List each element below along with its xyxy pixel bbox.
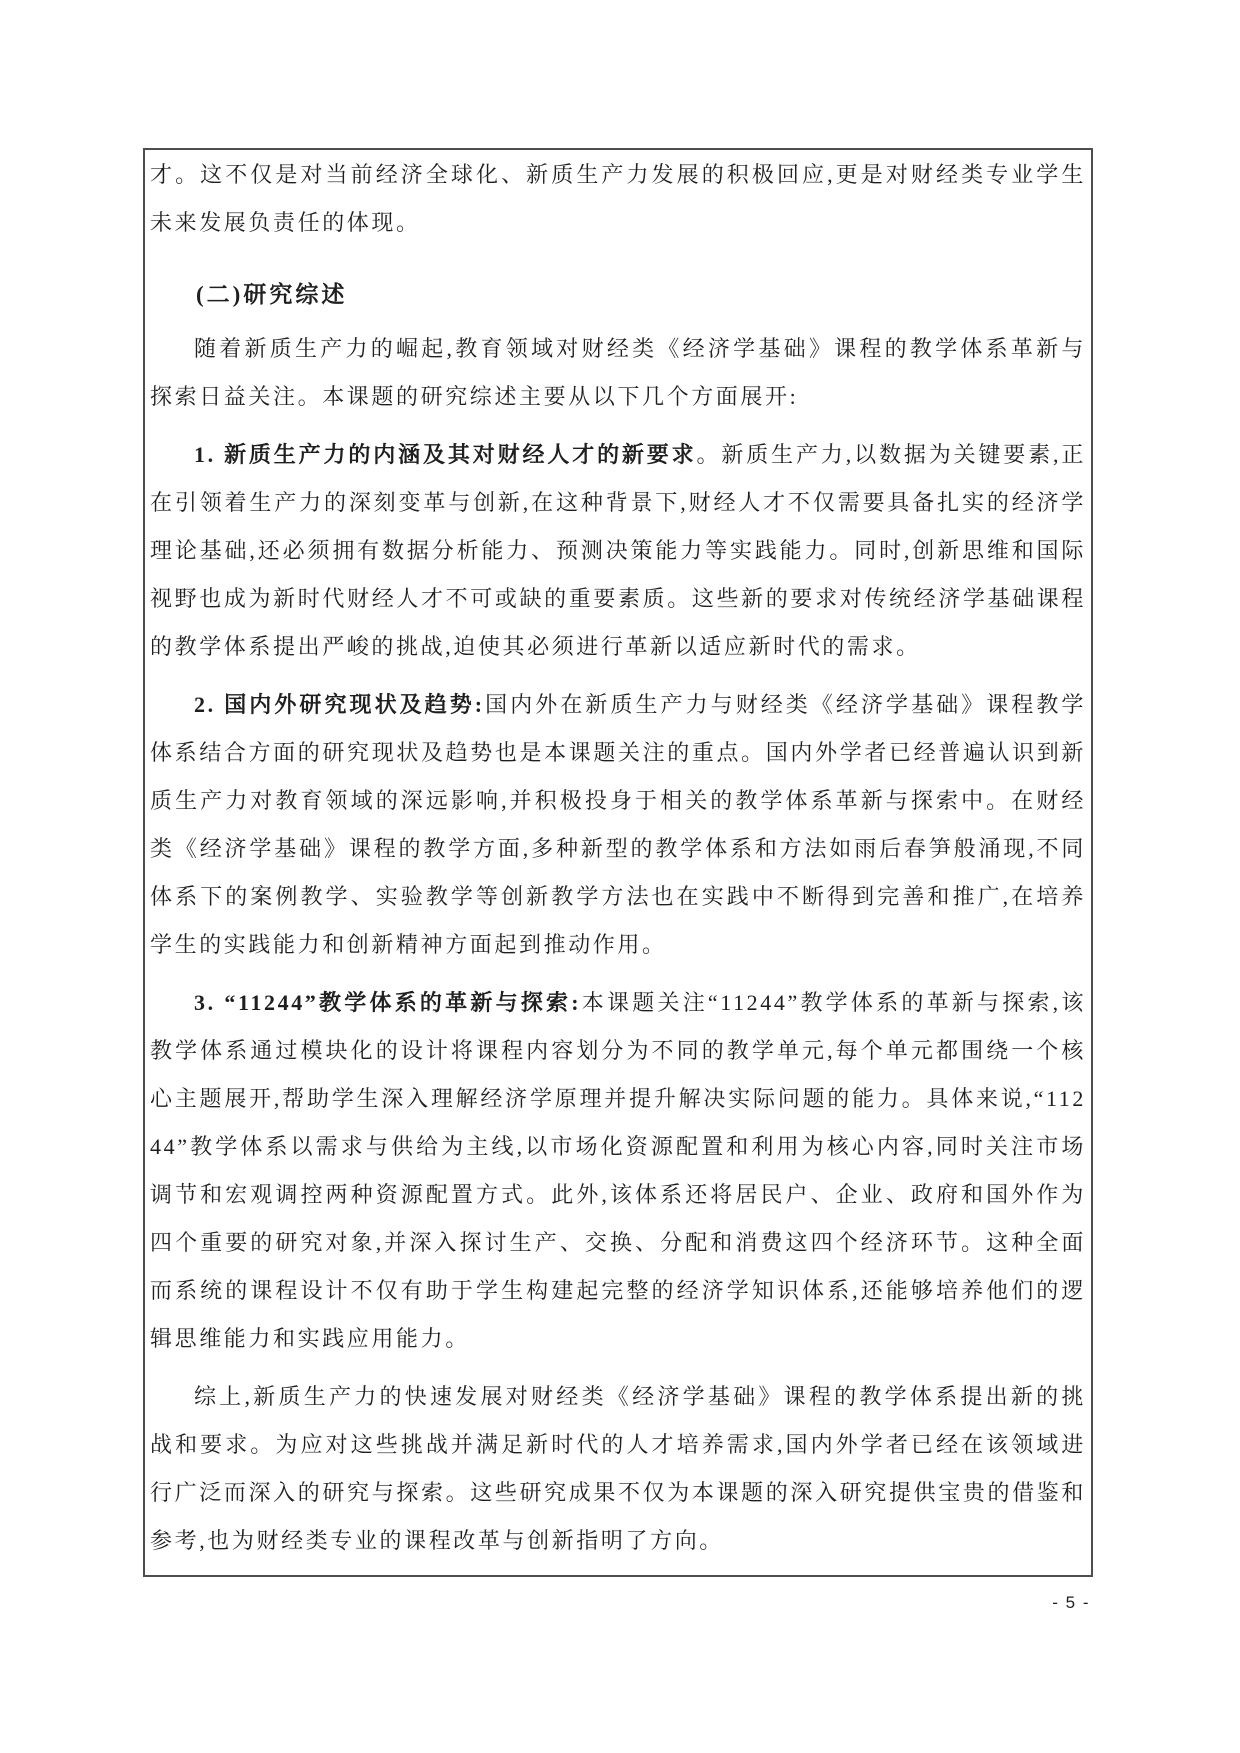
document-page: 才。这不仅是对当前经济全球化、新质生产力发展的积极回应,更是对财经类专业学生未来…: [0, 0, 1240, 1753]
paragraph-continuation-text: 才。这不仅是对当前经济全球化、新质生产力发展的积极回应,更是对财经类专业学生未来…: [150, 162, 1086, 235]
paragraph-item-1: 1. 新质生产力的内涵及其对财经人才的新要求。新质生产力,以数据为关键要素,正在…: [150, 431, 1086, 671]
paragraph-continuation: 才。这不仅是对当前经济全球化、新质生产力发展的积极回应,更是对财经类专业学生未来…: [150, 151, 1086, 247]
paragraph-summary-text: 综上,新质生产力的快速发展对财经类《经济学基础》课程的教学体系提出新的挑战和要求…: [150, 1384, 1086, 1553]
section-heading-text: (二)研究综述: [196, 282, 347, 307]
page-number: - 5 -: [1052, 1593, 1090, 1613]
paragraph-summary: 综上,新质生产力的快速发展对财经类《经济学基础》课程的教学体系提出新的挑战和要求…: [150, 1373, 1086, 1565]
section-heading: (二)研究综述: [150, 271, 1086, 319]
paragraph-intro: 随着新质生产力的崛起,教育领域对财经类《经济学基础》课程的教学体系革新与探索日益…: [150, 325, 1086, 421]
item-1-label: 1. 新质生产力的内涵及其对财经人才的新要求: [194, 442, 697, 467]
item-1-body: 。新质生产力,以数据为关键要素,正在引领着生产力的深刻变革与创新,在这种背景下,…: [150, 442, 1086, 659]
paragraph-item-2: 2. 国内外研究现状及趋势:国内外在新质生产力与财经类《经济学基础》课程教学体系…: [150, 681, 1086, 969]
item-2-body: 国内外在新质生产力与财经类《经济学基础》课程教学体系结合方面的研究现状及趋势也是…: [150, 692, 1086, 957]
document-text-frame: 才。这不仅是对当前经济全球化、新质生产力发展的积极回应,更是对财经类专业学生未来…: [143, 148, 1093, 1577]
item-3-body: 本课题关注“11244”教学体系的革新与探索,该教学体系通过模块化的设计将课程内…: [150, 990, 1086, 1351]
item-2-label: 2. 国内外研究现状及趋势:: [194, 692, 485, 717]
paragraph-intro-text: 随着新质生产力的崛起,教育领域对财经类《经济学基础》课程的教学体系革新与探索日益…: [150, 336, 1086, 409]
item-3-label: 3. “11244”教学体系的革新与探索:: [194, 990, 581, 1015]
paragraph-item-3: 3. “11244”教学体系的革新与探索:本课题关注“11244”教学体系的革新…: [150, 979, 1086, 1363]
